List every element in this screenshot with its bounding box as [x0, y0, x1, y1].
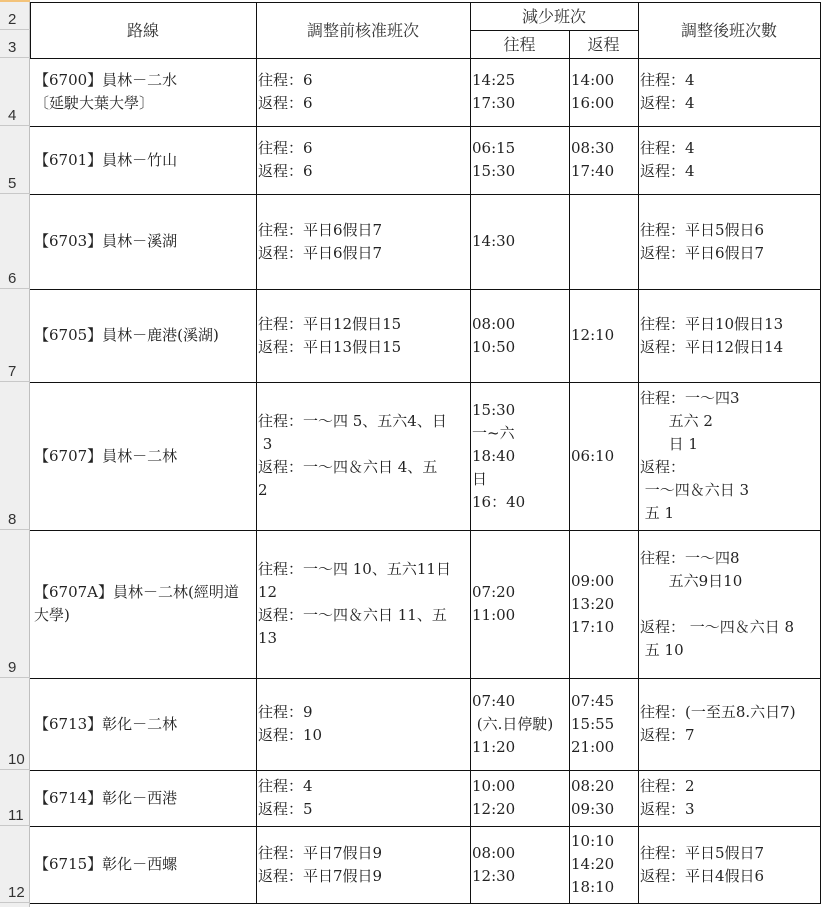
reduced-outbound-cell-text: 07:2011:00: [472, 581, 515, 627]
cell-line: 【6715】彰化－西螺: [34, 853, 177, 876]
route-cell-text: 【6705】員林－鹿港(溪湖): [34, 324, 219, 347]
cell-line: 06:15: [472, 137, 515, 160]
cell-line: 返程：平日4假日6: [640, 865, 764, 888]
after-cell-text: 往程：平日10假日13返程：平日12假日14: [640, 313, 783, 359]
reduced-return-cell-text: 06:10: [571, 445, 614, 468]
header-reduced-return[interactable]: 返程: [569, 30, 639, 59]
cell-line: (六.日停駛): [472, 713, 553, 736]
after-cell[interactable]: 往程：平日5假日6返程：平日6假日7: [638, 194, 821, 290]
cell-line: 3: [258, 433, 447, 456]
cell-line: 12:20: [472, 798, 515, 821]
route-cell-text: 【6707】員林－二林: [34, 445, 177, 468]
after-cell-text: 往程：4返程：4: [640, 69, 695, 115]
cell-line: 14:25: [472, 69, 515, 92]
row-number[interactable]: 12: [0, 826, 30, 903]
reduced-outbound-cell[interactable]: 10:0012:20: [470, 770, 570, 827]
route-cell-text: 【6703】員林－溪湖: [34, 230, 177, 253]
cell-line: 14:30: [472, 230, 515, 253]
reduced-return-cell-text: 14:0016:00: [571, 69, 614, 115]
cell-line: 10:00: [472, 775, 515, 798]
cell-line: 【6707】員林－二林: [34, 445, 177, 468]
reduced-return-cell[interactable]: 09:0013:2017:10: [569, 530, 639, 679]
cell-line: 往程：4: [258, 775, 313, 798]
before-cell[interactable]: 往程：平日6假日7返程：平日6假日7: [256, 194, 471, 290]
route-cell-text: 【6713】彰化－二林: [34, 713, 177, 736]
reduced-return-cell-text: 09:0013:2017:10: [571, 570, 614, 639]
cell-line: 06:10: [571, 445, 614, 468]
cell-line: 15:30: [472, 399, 525, 422]
cell-line: 往程：一～四 10、五六11日: [258, 558, 451, 581]
after-cell[interactable]: 往程：4返程：4: [638, 58, 821, 127]
cell-line: 往程：2: [640, 775, 695, 798]
reduced-outbound-cell[interactable]: 15:30一~六18:40日16：40: [470, 382, 570, 531]
row-number[interactable]: 11: [0, 770, 30, 826]
before-cell[interactable]: 往程：平日7假日9返程：平日7假日9: [256, 826, 471, 904]
reduced-outbound-cell-text: 15:30一~六18:40日16：40: [472, 399, 525, 514]
cell-line: 10:10: [571, 830, 614, 853]
reduced-outbound-cell[interactable]: 07:2011:00: [470, 530, 570, 679]
before-cell-text: 往程：一～四 5、五六4、日 3返程：一～四＆六日 4、五2: [258, 410, 447, 502]
cell-line: 13:20: [571, 593, 614, 616]
cell-line: 往程：(一至五8.六日7): [640, 701, 796, 724]
cell-line: 07:20: [472, 581, 515, 604]
cell-line: 往程：6: [258, 69, 313, 92]
cell-line: 往程：平日10假日13: [640, 313, 783, 336]
route-cell[interactable]: 【6714】彰化－西港: [30, 770, 257, 827]
cell-line: 返程：一～四＆六日 11、五: [258, 604, 451, 627]
cell-line: 返程：平日6假日7: [640, 242, 764, 265]
cell-line: 五 1: [640, 502, 749, 525]
row-number[interactable]: 10: [0, 678, 30, 770]
reduced-outbound-cell[interactable]: 08:0012:30: [470, 826, 570, 904]
before-cell-text: 往程：6返程：6: [258, 69, 313, 115]
cell-line: 往程：一～四 5、五六4、日: [258, 410, 447, 433]
header-reduced-label: 減少班次: [522, 5, 586, 28]
reduced-outbound-cell-text: 08:0012:30: [472, 842, 515, 888]
cell-line: 【6705】員林－鹿港(溪湖): [34, 324, 219, 347]
before-cell-text: 往程：平日12假日15返程：平日13假日15: [258, 313, 401, 359]
route-cell-text: 【6715】彰化－西螺: [34, 853, 177, 876]
cell-line: 返程：一～四＆六日 4、五: [258, 456, 447, 479]
after-cell[interactable]: 往程：4返程：4: [638, 126, 821, 195]
cell-line: 返程：10: [258, 724, 322, 747]
cell-line: 2: [258, 479, 447, 502]
row-number[interactable]: 6: [0, 194, 30, 289]
reduced-outbound-cell[interactable]: 14:2517:30: [470, 58, 570, 127]
cell-line: 返程：4: [640, 160, 695, 183]
route-cell[interactable]: 【6713】彰化－二林: [30, 678, 257, 771]
after-cell[interactable]: 往程：2返程：3: [638, 770, 821, 827]
cell-line: 【6707A】員林－二林(經明道: [34, 581, 239, 604]
cell-line: 【6701】員林－竹山: [34, 149, 177, 172]
cell-line: 09:00: [571, 570, 614, 593]
route-cell[interactable]: 【6701】員林－竹山: [30, 126, 257, 195]
before-cell-text: 往程：9返程：10: [258, 701, 322, 747]
reduced-return-cell[interactable]: 14:0016:00: [569, 58, 639, 127]
cell-line: 一~六: [472, 422, 525, 445]
reduced-return-cell[interactable]: 10:1014:2018:10: [569, 826, 639, 904]
cell-line: 11:00: [472, 604, 515, 627]
after-cell[interactable]: 往程：(一至五8.六日7)返程：7: [638, 678, 821, 771]
cell-line: 往程：一～四8: [640, 547, 794, 570]
cell-line: 14:20: [571, 853, 614, 876]
cell-line: 往程：平日12假日15: [258, 313, 401, 336]
cell-line: 五 10: [640, 639, 794, 662]
cell-line: 日 1: [640, 433, 749, 456]
cell-line: 返程：4: [640, 92, 695, 115]
reduced-return-cell-text: 08:2009:30: [571, 775, 614, 821]
reduced-outbound-cell[interactable]: 14:30: [470, 194, 570, 290]
cell-line: 五六 2: [640, 410, 749, 433]
cell-line: 返程：平日6假日7: [258, 242, 382, 265]
cell-line: 【6714】彰化－西港: [34, 787, 177, 810]
after-cell-text: 往程：2返程：3: [640, 775, 695, 821]
reduced-outbound-cell[interactable]: 07:40 (六.日停駛)11:20: [470, 678, 570, 771]
route-cell[interactable]: 【6700】員林－二水〔延駛大葉大學〕: [30, 58, 257, 127]
reduced-outbound-cell-text: 07:40 (六.日停駛)11:20: [472, 690, 553, 759]
cell-line: 返程：平日13假日15: [258, 336, 401, 359]
reduced-outbound-cell-text: 14:30: [472, 230, 515, 253]
cell-line: 返程：7: [640, 724, 796, 747]
route-cell-text: 【6707A】員林－二林(經明道大學): [34, 581, 239, 627]
cell-line: 09:30: [571, 798, 614, 821]
cell-line: 17:10: [571, 616, 614, 639]
cell-line: 往程：4: [640, 137, 695, 160]
route-cell[interactable]: 【6703】員林－溪湖: [30, 194, 257, 290]
header-after-label: 調整後班次數: [681, 19, 777, 42]
cell-line: 15:55: [571, 713, 614, 736]
cell-line: 16:00: [571, 92, 614, 115]
header-route[interactable]: 路線: [30, 2, 257, 59]
reduced-return-cell[interactable]: 08:3017:40: [569, 126, 639, 195]
header-before-label: 調整前核准班次: [307, 19, 419, 42]
cell-line: 【6700】員林－二水: [34, 69, 177, 92]
cell-line: 18:40: [472, 445, 525, 468]
cell-line: 13: [258, 627, 451, 650]
row-number[interactable]: 3: [0, 30, 30, 58]
cell-line: 17:30: [472, 92, 515, 115]
cell-line: 大學): [34, 604, 239, 627]
header-reduced-outbound-label: 往程: [503, 33, 535, 56]
reduced-return-cell[interactable]: 12:10: [569, 289, 639, 383]
reduced-outbound-cell[interactable]: 06:1515:30: [470, 126, 570, 195]
before-cell[interactable]: 往程：4返程：5: [256, 770, 471, 827]
reduced-outbound-cell-text: 14:2517:30: [472, 69, 515, 115]
before-cell-text: 往程：4返程：5: [258, 775, 313, 821]
reduced-return-cell-text: 12:10: [571, 324, 614, 347]
route-cell-text: 【6714】彰化－西港: [34, 787, 177, 810]
cell-line: 往程：4: [640, 69, 695, 92]
route-cell-text: 【6700】員林－二水〔延駛大葉大學〕: [34, 69, 177, 115]
row-number[interactable]: 4: [0, 58, 30, 126]
row-number[interactable]: 8: [0, 382, 30, 530]
route-cell[interactable]: 【6715】彰化－西螺: [30, 826, 257, 904]
row-number[interactable]: 5: [0, 126, 30, 194]
cell-line: 【6713】彰化－二林: [34, 713, 177, 736]
cell-line: 21:00: [571, 736, 614, 759]
after-cell-text: 往程：(一至五8.六日7)返程：7: [640, 701, 796, 747]
cell-line: 往程：一～四3: [640, 387, 749, 410]
cell-line: 返程：6: [258, 92, 313, 115]
after-cell[interactable]: 往程：平日5假日7返程：平日4假日6: [638, 826, 821, 904]
route-cell[interactable]: 【6707A】員林－二林(經明道大學): [30, 530, 257, 679]
row-number[interactable]: 9: [0, 530, 30, 678]
cell-line: 往程：6: [258, 137, 313, 160]
header-reduced-outbound[interactable]: 往程: [470, 30, 570, 59]
after-cell-text: 往程：平日5假日7返程：平日4假日6: [640, 842, 764, 888]
after-cell-text: 往程：平日5假日6返程：平日6假日7: [640, 219, 764, 265]
header-reduced-return-label: 返程: [587, 33, 619, 56]
cell-line: 往程：平日6假日7: [258, 219, 382, 242]
header-after[interactable]: 調整後班次數: [638, 2, 821, 59]
reduced-outbound-cell-text: 06:1515:30: [472, 137, 515, 183]
before-cell-text: 往程：平日7假日9返程：平日7假日9: [258, 842, 382, 888]
header-reduced[interactable]: 減少班次: [470, 2, 639, 31]
row-number[interactable]: 2: [0, 2, 30, 30]
cell-line: 返程：: [640, 456, 749, 479]
after-cell[interactable]: 往程：一～四8 五六9日10 返程： 一～四＆六日 8 五 10: [638, 530, 821, 679]
route-cell[interactable]: 【6705】員林－鹿港(溪湖): [30, 289, 257, 383]
cell-line: 〔延駛大葉大學〕: [34, 92, 177, 115]
reduced-return-cell[interactable]: 08:2009:30: [569, 770, 639, 827]
reduced-return-cell-text: 08:3017:40: [571, 137, 614, 183]
before-cell[interactable]: 往程：一～四 10、五六11日12返程：一～四＆六日 11、五13: [256, 530, 471, 679]
route-cell-text: 【6701】員林－竹山: [34, 149, 177, 172]
before-cell[interactable]: 往程：6返程：6: [256, 58, 471, 127]
spreadsheet: 2 3 4 5 6 7 8 9 10 11 12 路線 調整前核准班次 減少班次…: [0, 0, 824, 907]
cell-line: 一～四＆六日 3: [640, 479, 749, 502]
reduced-return-cell-text: 07:4515:5521:00: [571, 690, 614, 759]
after-cell[interactable]: 往程：平日10假日13返程：平日12假日14: [638, 289, 821, 383]
cell-line: 五六9日10: [640, 570, 794, 593]
cell-line: 17:40: [571, 160, 614, 183]
before-cell-text: 往程：6返程：6: [258, 137, 313, 183]
before-cell[interactable]: 往程：平日12假日15返程：平日13假日15: [256, 289, 471, 383]
cell-line: 12:10: [571, 324, 614, 347]
cell-line: 07:45: [571, 690, 614, 713]
after-cell-text: 往程：4返程：4: [640, 137, 695, 183]
row-number[interactable]: 7: [0, 289, 30, 382]
header-before[interactable]: 調整前核准班次: [256, 2, 471, 59]
cell-line: 返程： 一～四＆六日 8: [640, 616, 794, 639]
after-cell-text: 往程：一～四8 五六9日10 返程： 一～四＆六日 8 五 10: [640, 547, 794, 662]
reduced-return-cell-text: 10:1014:2018:10: [571, 830, 614, 899]
cell-line: 【6703】員林－溪湖: [34, 230, 177, 253]
route-cell[interactable]: 【6707】員林－二林: [30, 382, 257, 531]
cell-line: 日: [472, 468, 525, 491]
cell-line: 07:40: [472, 690, 553, 713]
cell-line: 往程：平日7假日9: [258, 842, 382, 865]
reduced-return-cell[interactable]: [569, 194, 639, 290]
before-cell[interactable]: 往程：一～四 5、五六4、日 3返程：一～四＆六日 4、五2: [256, 382, 471, 531]
cell-line: 08:20: [571, 775, 614, 798]
cell-line: 12: [258, 581, 451, 604]
reduced-outbound-cell[interactable]: 08:0010:50: [470, 289, 570, 383]
cell-line: 返程：5: [258, 798, 313, 821]
cell-line: 12:30: [472, 865, 515, 888]
cell-line: 返程：6: [258, 160, 313, 183]
cell-line: 18:10: [571, 876, 614, 899]
cell-line: 返程：平日7假日9: [258, 865, 382, 888]
before-cell-text: 往程：平日6假日7返程：平日6假日7: [258, 219, 382, 265]
cell-line: 08:00: [472, 313, 515, 336]
before-cell[interactable]: 往程：9返程：10: [256, 678, 471, 771]
reduced-outbound-cell-text: 08:0010:50: [472, 313, 515, 359]
cell-line: 返程：3: [640, 798, 695, 821]
cell-line: 11:20: [472, 736, 553, 759]
cell-line: 14:00: [571, 69, 614, 92]
cell-line: 16：40: [472, 491, 525, 514]
after-cell-text: 往程：一～四3 五六 2 日 1返程： 一～四＆六日 3 五 1: [640, 387, 749, 525]
before-cell-text: 往程：一～四 10、五六11日12返程：一～四＆六日 11、五13: [258, 558, 451, 650]
reduced-return-cell[interactable]: 06:10: [569, 382, 639, 531]
cell-line: 往程：平日5假日6: [640, 219, 764, 242]
before-cell[interactable]: 往程：6返程：6: [256, 126, 471, 195]
cell-line: 15:30: [472, 160, 515, 183]
after-cell[interactable]: 往程：一～四3 五六 2 日 1返程： 一～四＆六日 3 五 1: [638, 382, 821, 531]
cell-line: 往程：平日5假日7: [640, 842, 764, 865]
cell-line: 10:50: [472, 336, 515, 359]
cell-line: [640, 593, 794, 616]
cell-line: 08:30: [571, 137, 614, 160]
reduced-outbound-cell-text: 10:0012:20: [472, 775, 515, 821]
cell-line: 08:00: [472, 842, 515, 865]
reduced-return-cell[interactable]: 07:4515:5521:00: [569, 678, 639, 771]
header-route-label: 路線: [127, 19, 159, 42]
cell-line: 往程：9: [258, 701, 322, 724]
cell-line: 返程：平日12假日14: [640, 336, 783, 359]
